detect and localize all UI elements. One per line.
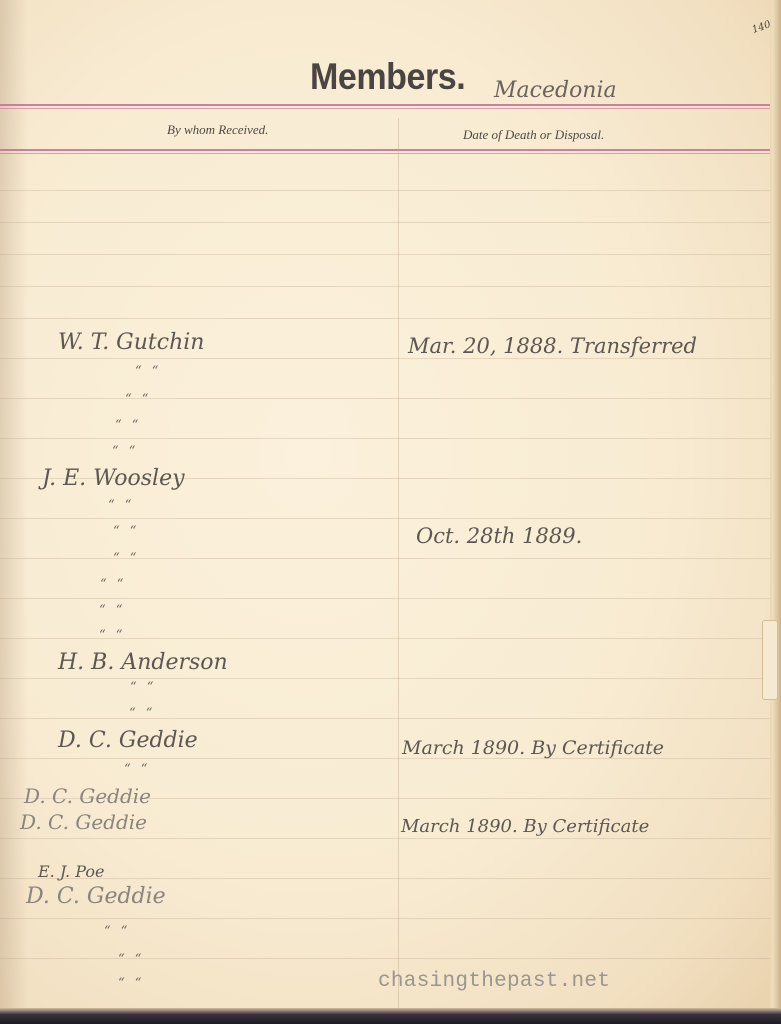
page-tab	[762, 620, 778, 700]
ruled-line	[0, 438, 770, 439]
ruled-line	[0, 878, 770, 879]
ditto-mark: “ “	[113, 551, 139, 566]
ledger-page: 140 Members. Macedonia By whom Received.…	[0, 0, 770, 1010]
header-rule-top-thin	[0, 108, 770, 109]
ditto-mark: “ “	[115, 418, 141, 433]
ditto-mark: “ “	[108, 498, 134, 513]
entry-disposal: March 1890. By Certificate	[402, 737, 664, 759]
ruled-line	[0, 318, 770, 319]
ditto-mark: “ “	[129, 706, 155, 721]
watermark: chasingthepast.net	[378, 970, 610, 993]
column-divider	[398, 118, 399, 1008]
entry-received-by: D. C. Geddie	[20, 810, 147, 834]
congregation-name: Macedonia	[494, 78, 617, 103]
header-rule-bottom-thin	[0, 153, 770, 154]
ruled-line	[0, 838, 770, 839]
book-bottom-edge	[0, 1008, 781, 1024]
column-header-disposal: Date of Death or Disposal.	[463, 127, 604, 143]
entry-received-by: W. T. Gutchin	[58, 330, 204, 355]
ditto-mark: “ “	[130, 680, 156, 695]
entry-received-by: D. C. Geddie	[26, 884, 166, 909]
header-rule-top	[0, 104, 770, 106]
ruled-line	[0, 918, 770, 919]
entry-received-by: E. J. Poe	[38, 862, 104, 881]
entry-disposal: Mar. 20, 1888. Transferred	[408, 334, 697, 358]
ditto-mark: “ “	[113, 524, 139, 539]
ditto-mark: “ “	[99, 628, 125, 643]
entry-received-by: D. C. Geddie	[58, 728, 198, 753]
page-title: Members.	[310, 56, 465, 98]
header-rule-bottom	[0, 149, 770, 151]
entry-received-by: H. B. Anderson	[58, 650, 228, 675]
ditto-mark: “ “	[118, 976, 144, 991]
entry-received-by: J. E. Woosley	[42, 466, 185, 491]
ditto-mark: “ “	[118, 952, 144, 967]
ruled-line	[0, 398, 770, 399]
ruled-line	[0, 358, 770, 359]
ruled-line	[0, 222, 770, 223]
ruled-line	[0, 518, 770, 519]
ruled-line	[0, 718, 770, 719]
ditto-mark: “ “	[125, 392, 151, 407]
page-number: 140	[751, 19, 770, 36]
gutter-shadow	[0, 0, 28, 1010]
ruled-line	[0, 598, 770, 599]
ditto-mark: “ “	[112, 444, 138, 459]
ditto-mark: “ “	[99, 603, 125, 618]
ditto-mark: “ “	[100, 577, 126, 592]
entry-disposal: Oct. 28th 1889.	[416, 524, 582, 548]
ruled-line	[0, 190, 770, 191]
ruled-line	[0, 958, 770, 959]
ditto-mark: “ “	[124, 762, 150, 777]
ruled-line	[0, 678, 770, 679]
entry-disposal: March 1890. By Certificate	[401, 816, 649, 837]
ditto-mark: “ “	[104, 924, 130, 939]
column-header-received-by: By whom Received.	[167, 122, 268, 138]
ruled-line	[0, 254, 770, 255]
ruled-line	[0, 286, 770, 287]
entry-received-by: D. C. Geddie	[24, 784, 151, 808]
ditto-mark: “ “	[135, 364, 161, 379]
